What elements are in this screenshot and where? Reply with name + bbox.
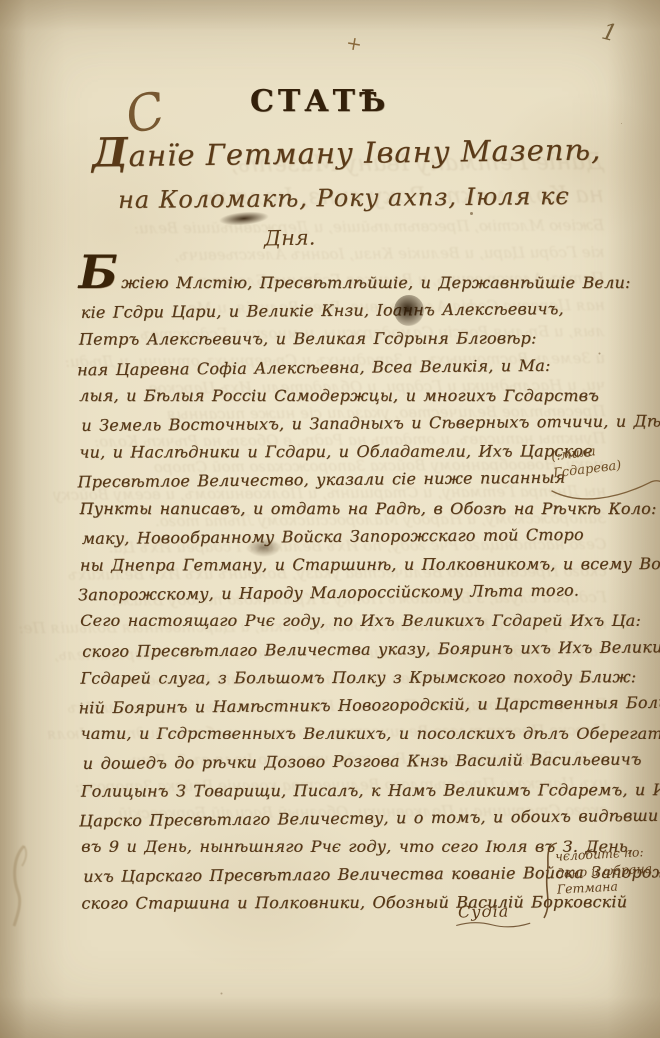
manuscript-line: чи, и Наслѣдники и Гсдари, и Обладатели,… bbox=[79, 438, 565, 467]
manuscript-line: чати, и Гсдрственныхъ Великихъ, и посолс… bbox=[81, 720, 567, 748]
manuscript-page: Данїе Гетману Івану Мазепѣ, на Коломакѣ,… bbox=[0, 0, 660, 1038]
manuscript-line: Сего настоящаго Рчє году, по Ихъ Великих… bbox=[80, 607, 566, 635]
catchword-text: Судіа bbox=[458, 902, 510, 922]
manuscript-line: ная Царевна Софіа Алексѣевна, Всеа Велик… bbox=[77, 351, 563, 384]
manuscript-line: Пресвѣтлое Величество, указали сіе ниже … bbox=[77, 464, 563, 497]
heading-line-place-date: на Коломакѣ, Року ахпз, Іюля кє bbox=[118, 182, 570, 214]
manuscript-body: Бжіею Млстію, Пресвѣтлѣйшіе, и Державнѣй… bbox=[79, 261, 568, 919]
heading-line-day: Дня. bbox=[264, 226, 316, 251]
manuscript-line: ихъ Царскаго Пресвѣтлаго Величества кова… bbox=[83, 859, 569, 891]
manuscript-line: Гсдарей слуга, з Большомъ Полку з Крымск… bbox=[80, 663, 566, 692]
manuscript-line: ній Бояринъ и Намѣстникъ Новогородскій, … bbox=[78, 690, 564, 723]
manuscript-line: лыя, и Бѣлыя Россіи Самодержцы, и многих… bbox=[79, 382, 565, 410]
manuscript-line: и дошедъ до рѣчки Дозово Розгова Кнзь Ва… bbox=[83, 747, 569, 779]
margin-note-hetman-election: чєлобитє по: дано и ωбрана Гетмана bbox=[555, 843, 660, 898]
invocation-cross-mark: + bbox=[344, 32, 364, 56]
manuscript-line: Пункты написавъ, и отдать на Радѣ, в Обо… bbox=[80, 495, 566, 523]
ink-specks bbox=[470, 212, 473, 215]
manuscript-line: Запорожскому, и Народу Малороссійскому Л… bbox=[78, 577, 564, 610]
manuscript-line: маку, Новообранному Войска Запорожскаго … bbox=[82, 521, 568, 553]
manuscript-line: ны Днепра Гетману, и Старшинѣ, и Полковн… bbox=[80, 550, 566, 579]
heading-line-grant: Данїе Гетману Івану Мазепѣ, bbox=[92, 122, 602, 176]
manuscript-line: Голицынъ З Товарищи, Писалъ, к Намъ Вели… bbox=[81, 776, 567, 805]
folio-number: 1 bbox=[599, 19, 619, 48]
manuscript-line: ского Пресвѣтлаго Величества указу, Бояр… bbox=[82, 634, 568, 666]
catchword-underline bbox=[454, 919, 532, 930]
document-title: СТАТѢ bbox=[250, 84, 389, 119]
catchword: Судіа bbox=[458, 902, 510, 922]
manuscript-line: и Земель Восточныхъ, и Западныхъ и Сѣвер… bbox=[81, 408, 567, 440]
manuscript-line: въ 9 и День, нынѣшняго Рчє году, что сег… bbox=[81, 833, 567, 861]
manuscript-line: Петръ Алексѣевичъ, и Великая Гсдрыня Блг… bbox=[79, 325, 565, 354]
paper-crease-mark bbox=[6, 842, 40, 932]
manuscript-line: Царско Пресвѣтлаго Величеству, и о томъ,… bbox=[79, 803, 565, 836]
manuscript-line: кіе Гсдри Цари, и Великіе Кнзи, Іоаннъ А… bbox=[81, 295, 567, 327]
manuscript-line: Бжіею Млстію, Пресвѣтлѣйшіе, и Державнѣй… bbox=[79, 262, 565, 297]
